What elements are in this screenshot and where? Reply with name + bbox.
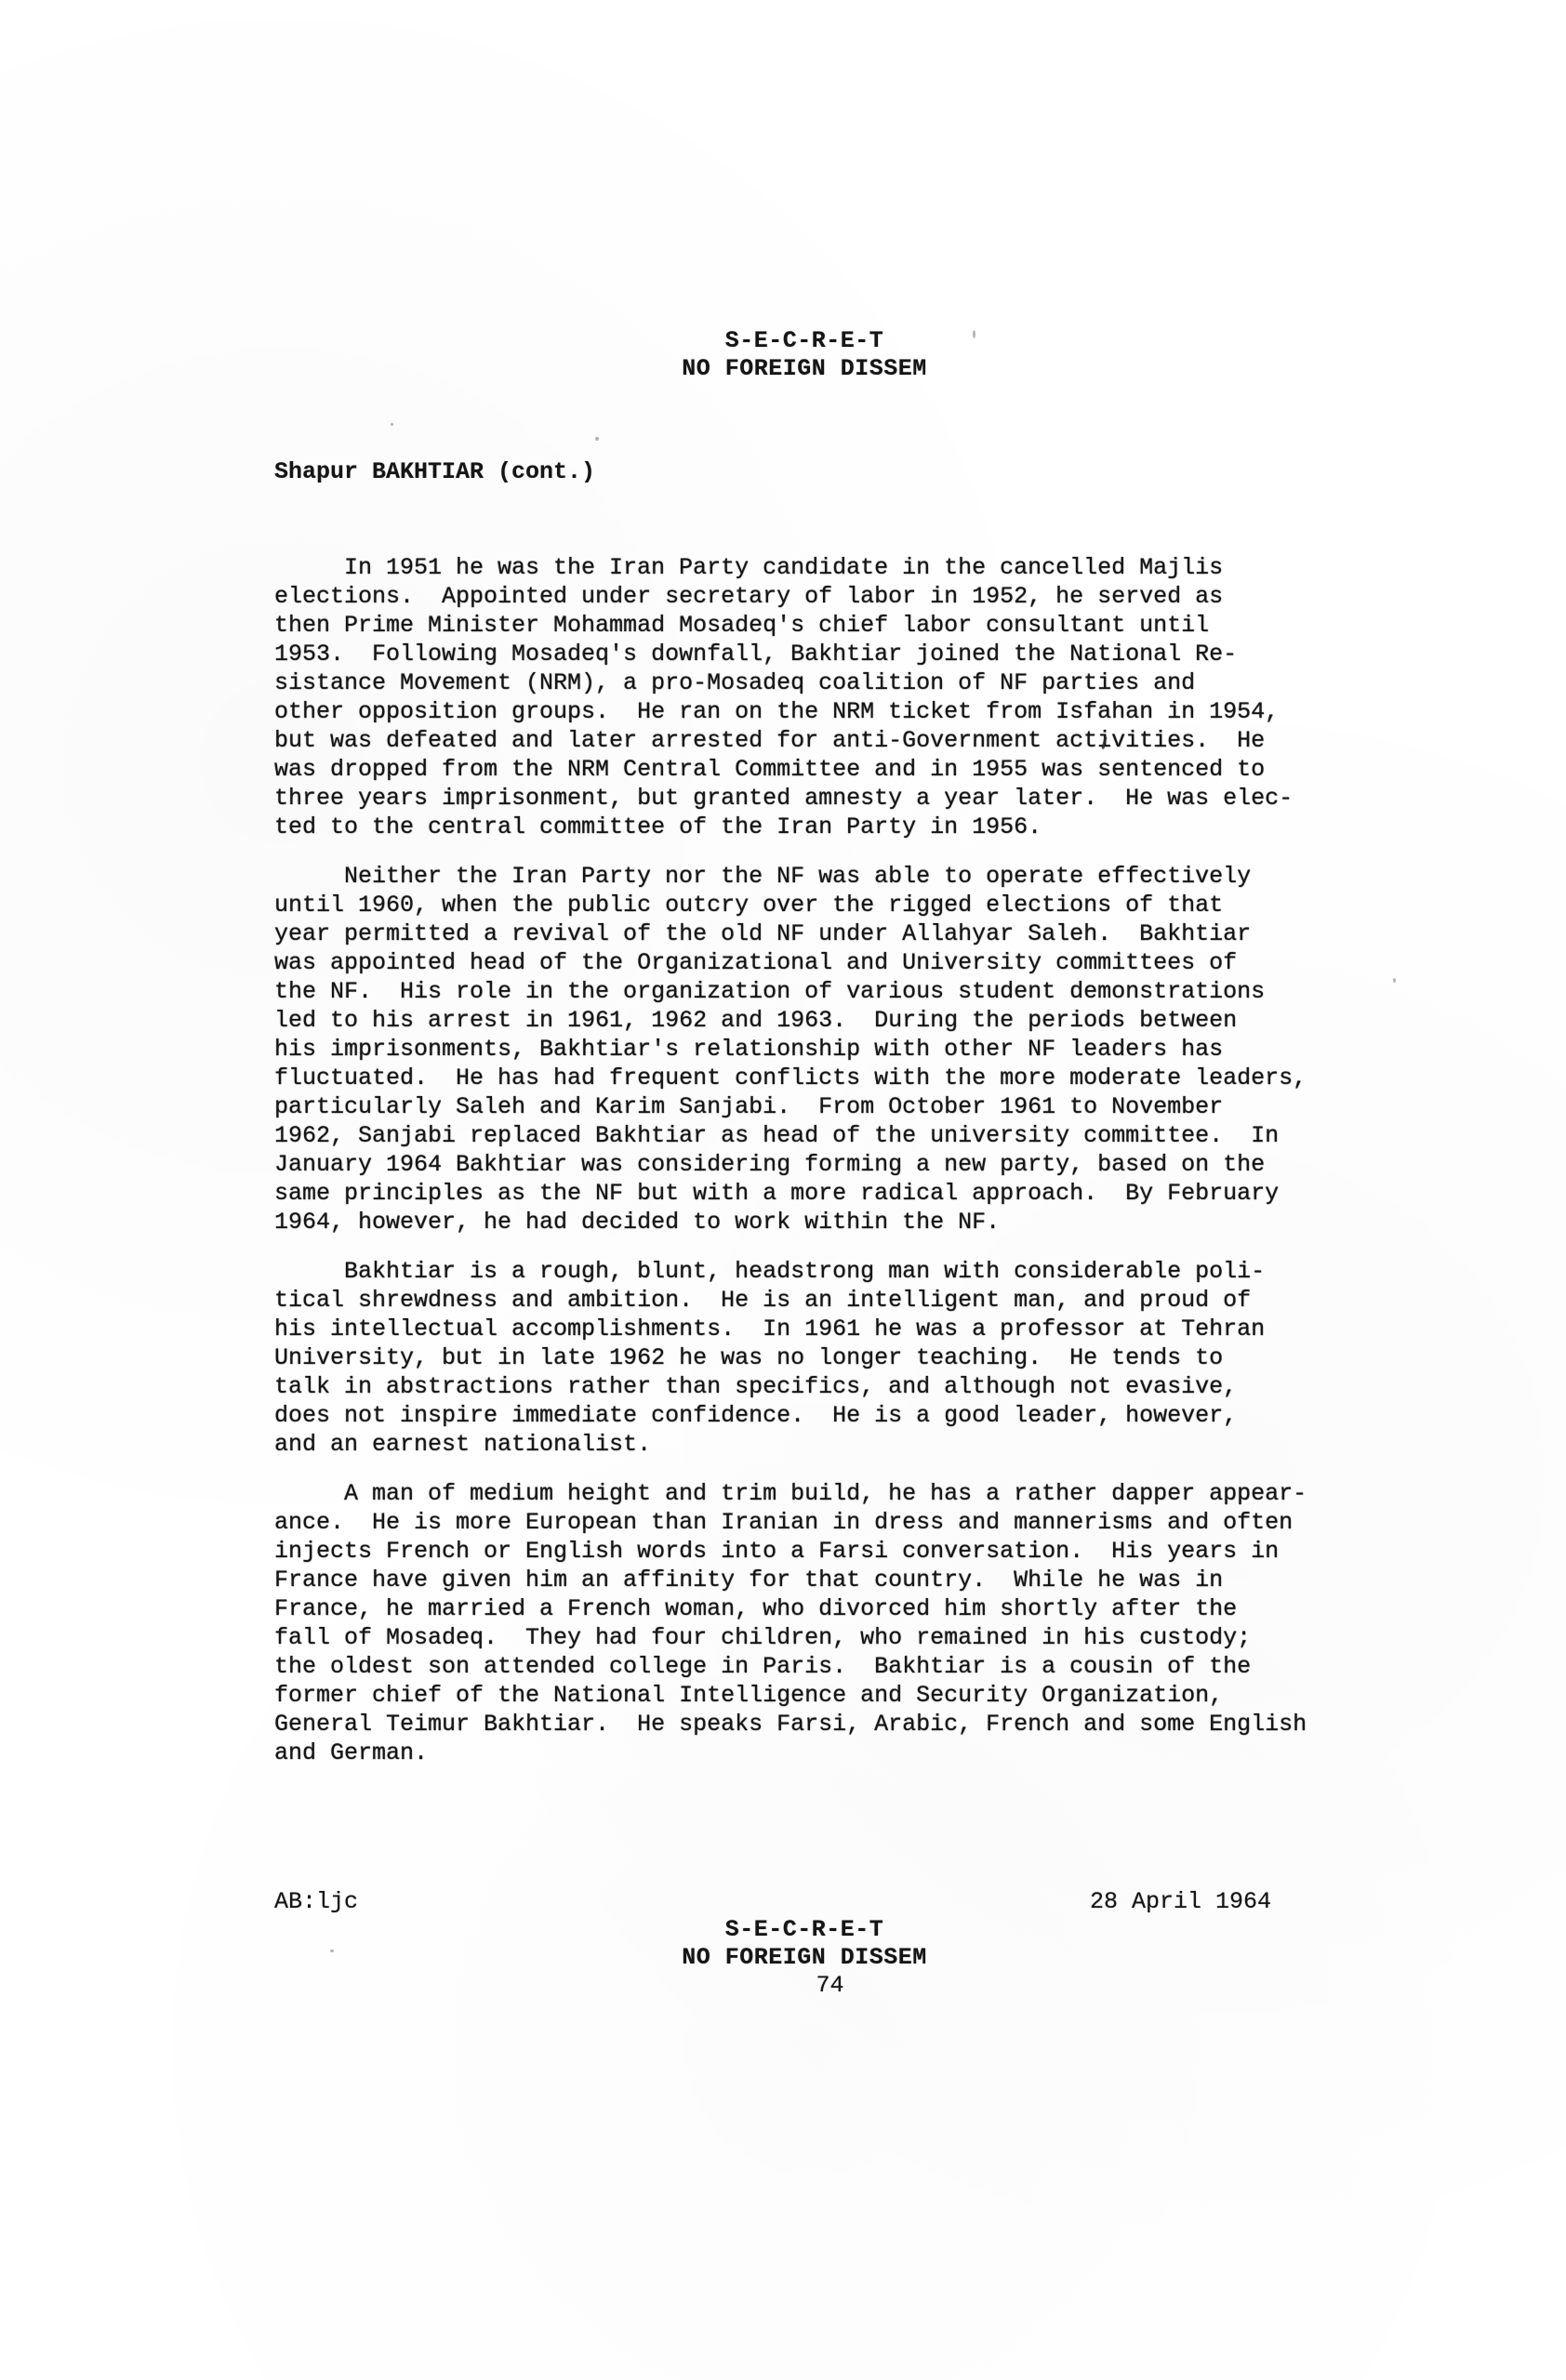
paragraph-4: A man of medium height and trim build, h…: [274, 1479, 1334, 1767]
footer-date: 28 April 1964: [1090, 1887, 1271, 1916]
document-body-column: S-E-C-R-E-T NO FOREIGN DISSEM Shapur BAK…: [274, 327, 1334, 1767]
page-number: 74: [325, 1972, 1334, 2000]
header-classification-line-1: S-E-C-R-E-T: [274, 327, 1334, 355]
scan-speck: [330, 1950, 334, 1952]
paragraph-2: Neither the Iran Party nor the NF was ab…: [274, 862, 1334, 1236]
header-classification-line-2: NO FOREIGN DISSEM: [274, 355, 1334, 383]
subject-line: Shapur BAKHTIAR (cont.): [274, 457, 1334, 486]
scan-speck: [595, 437, 599, 441]
header-classification: S-E-C-R-E-T NO FOREIGN DISSEM: [274, 327, 1334, 383]
footer-classification-line-2: NO FOREIGN DISSEM: [274, 1944, 1334, 1972]
footer-row: AB:ljc 28 April 1964: [274, 1887, 1334, 1916]
document-footer: AB:ljc 28 April 1964 S-E-C-R-E-T NO FORE…: [274, 1887, 1334, 2000]
scan-speck: [391, 423, 393, 426]
document-page: S-E-C-R-E-T NO FOREIGN DISSEM Shapur BAK…: [0, 0, 1566, 2380]
footer-classification-line-1: S-E-C-R-E-T: [274, 1916, 1334, 1944]
scan-speck: [1393, 978, 1396, 983]
paragraph-3: Bakhtiar is a rough, blunt, headstrong m…: [274, 1257, 1334, 1459]
scan-speck: [973, 330, 975, 338]
footer-classification: S-E-C-R-E-T NO FOREIGN DISSEM: [274, 1916, 1334, 1972]
paragraph-1: In 1951 he was the Iran Party candidate …: [274, 553, 1334, 841]
document-text: In 1951 he was the Iran Party candidate …: [274, 553, 1334, 1767]
typist-initials: AB:ljc: [274, 1887, 358, 1916]
